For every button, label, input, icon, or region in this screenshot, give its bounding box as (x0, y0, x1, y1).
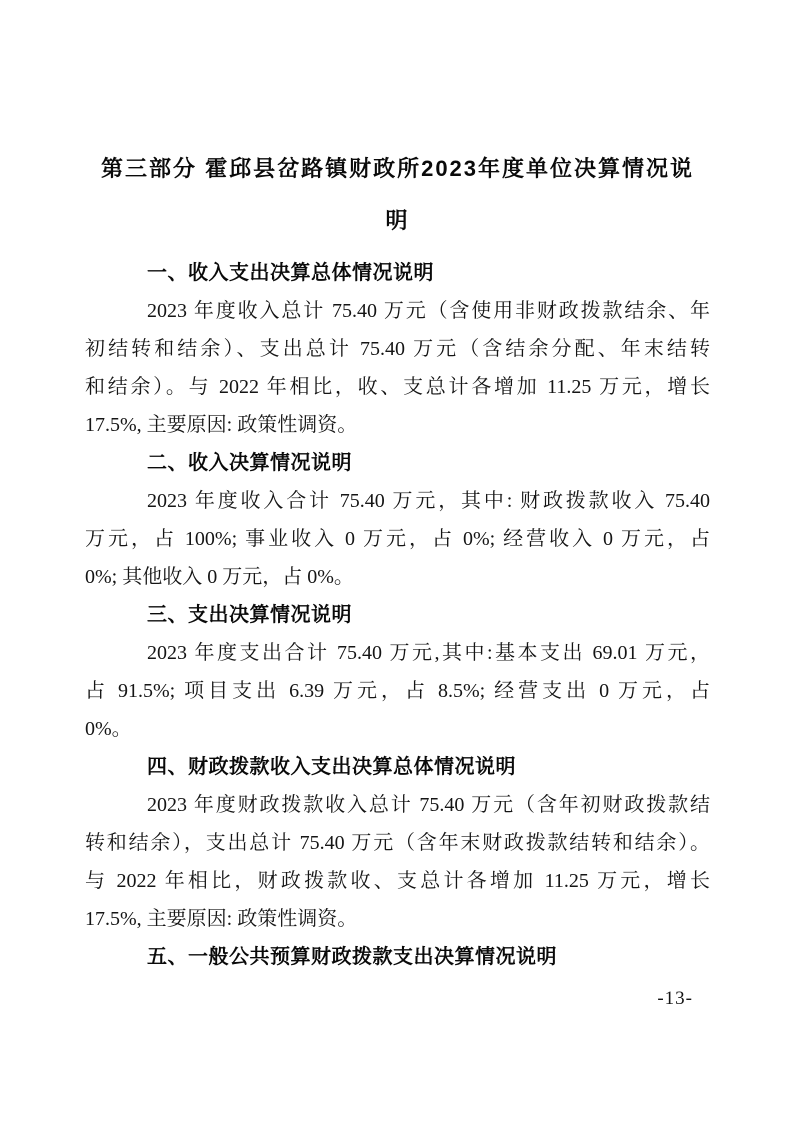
section-2: 二、收入决算情况说明2023 年度收入合计 75.40 万元，其中: 财政拨款收… (85, 444, 710, 596)
document-title: 第三部分 霍邱县岔路镇财政所2023年度单位决算情况说 明 (85, 143, 710, 247)
paragraph-line: 初结转和结余）、支出总计 75.40 万元（含结余分配、年末结转 (85, 330, 710, 368)
section-heading: 二、收入决算情况说明 (85, 444, 710, 482)
document-body: 一、收入支出决算总体情况说明2023 年度收入总计 75.40 万元（含使用非财… (85, 254, 710, 976)
page-number: -13- (657, 988, 693, 1010)
paragraph-line: 2023 年度财政拨款收入总计 75.40 万元（含年初财政拨款结 (85, 786, 710, 824)
section-1: 一、收入支出决算总体情况说明2023 年度收入总计 75.40 万元（含使用非财… (85, 254, 710, 444)
section-heading: 五、一般公共预算财政拨款支出决算情况说明 (85, 938, 710, 976)
document-title-line2: 明 (85, 195, 710, 247)
paragraph-line: 转和结余），支出总计 75.40 万元（含年末财政拨款结转和结余）。 (85, 824, 710, 862)
paragraph-line: 万元，占 100%; 事业收入 0 万元，占 0%; 经营收入 0 万元，占 (85, 520, 710, 558)
document-title-line1: 第三部分 霍邱县岔路镇财政所2023年度单位决算情况说 (85, 143, 710, 195)
paragraph-line: 0%; 其他收入 0 万元，占 0%。 (85, 558, 710, 596)
section-heading: 一、收入支出决算总体情况说明 (85, 254, 710, 292)
document-content: 第三部分 霍邱县岔路镇财政所2023年度单位决算情况说 明 一、收入支出决算总体… (85, 143, 710, 976)
paragraph-line: 17.5%, 主要原因: 政策性调资。 (85, 406, 710, 444)
section-3: 三、支出决算情况说明2023 年度支出合计 75.40 万元,其中:基本支出 6… (85, 596, 710, 748)
paragraph-line: 2023 年度支出合计 75.40 万元,其中:基本支出 69.01 万元， (85, 634, 710, 672)
document-page: 第三部分 霍邱县岔路镇财政所2023年度单位决算情况说 明 一、收入支出决算总体… (0, 0, 793, 1122)
paragraph-line: 占 91.5%; 项目支出 6.39 万元，占 8.5%; 经营支出 0 万元，… (85, 672, 710, 710)
section-4: 四、财政拨款收入支出决算总体情况说明2023 年度财政拨款收入总计 75.40 … (85, 748, 710, 938)
section-heading: 四、财政拨款收入支出决算总体情况说明 (85, 748, 710, 786)
paragraph-line: 与 2022 年相比，财政拨款收、支总计各增加 11.25 万元，增长 (85, 862, 710, 900)
paragraph-line: 2023 年度收入总计 75.40 万元（含使用非财政拨款结余、年 (85, 292, 710, 330)
paragraph-line: 17.5%, 主要原因: 政策性调资。 (85, 900, 710, 938)
paragraph-line: 和结余）。与 2022 年相比，收、支总计各增加 11.25 万元，增长 (85, 368, 710, 406)
section-5: 五、一般公共预算财政拨款支出决算情况说明 (85, 938, 710, 976)
paragraph-line: 2023 年度收入合计 75.40 万元，其中: 财政拨款收入 75.40 (85, 482, 710, 520)
paragraph-line: 0%。 (85, 710, 710, 748)
section-heading: 三、支出决算情况说明 (85, 596, 710, 634)
